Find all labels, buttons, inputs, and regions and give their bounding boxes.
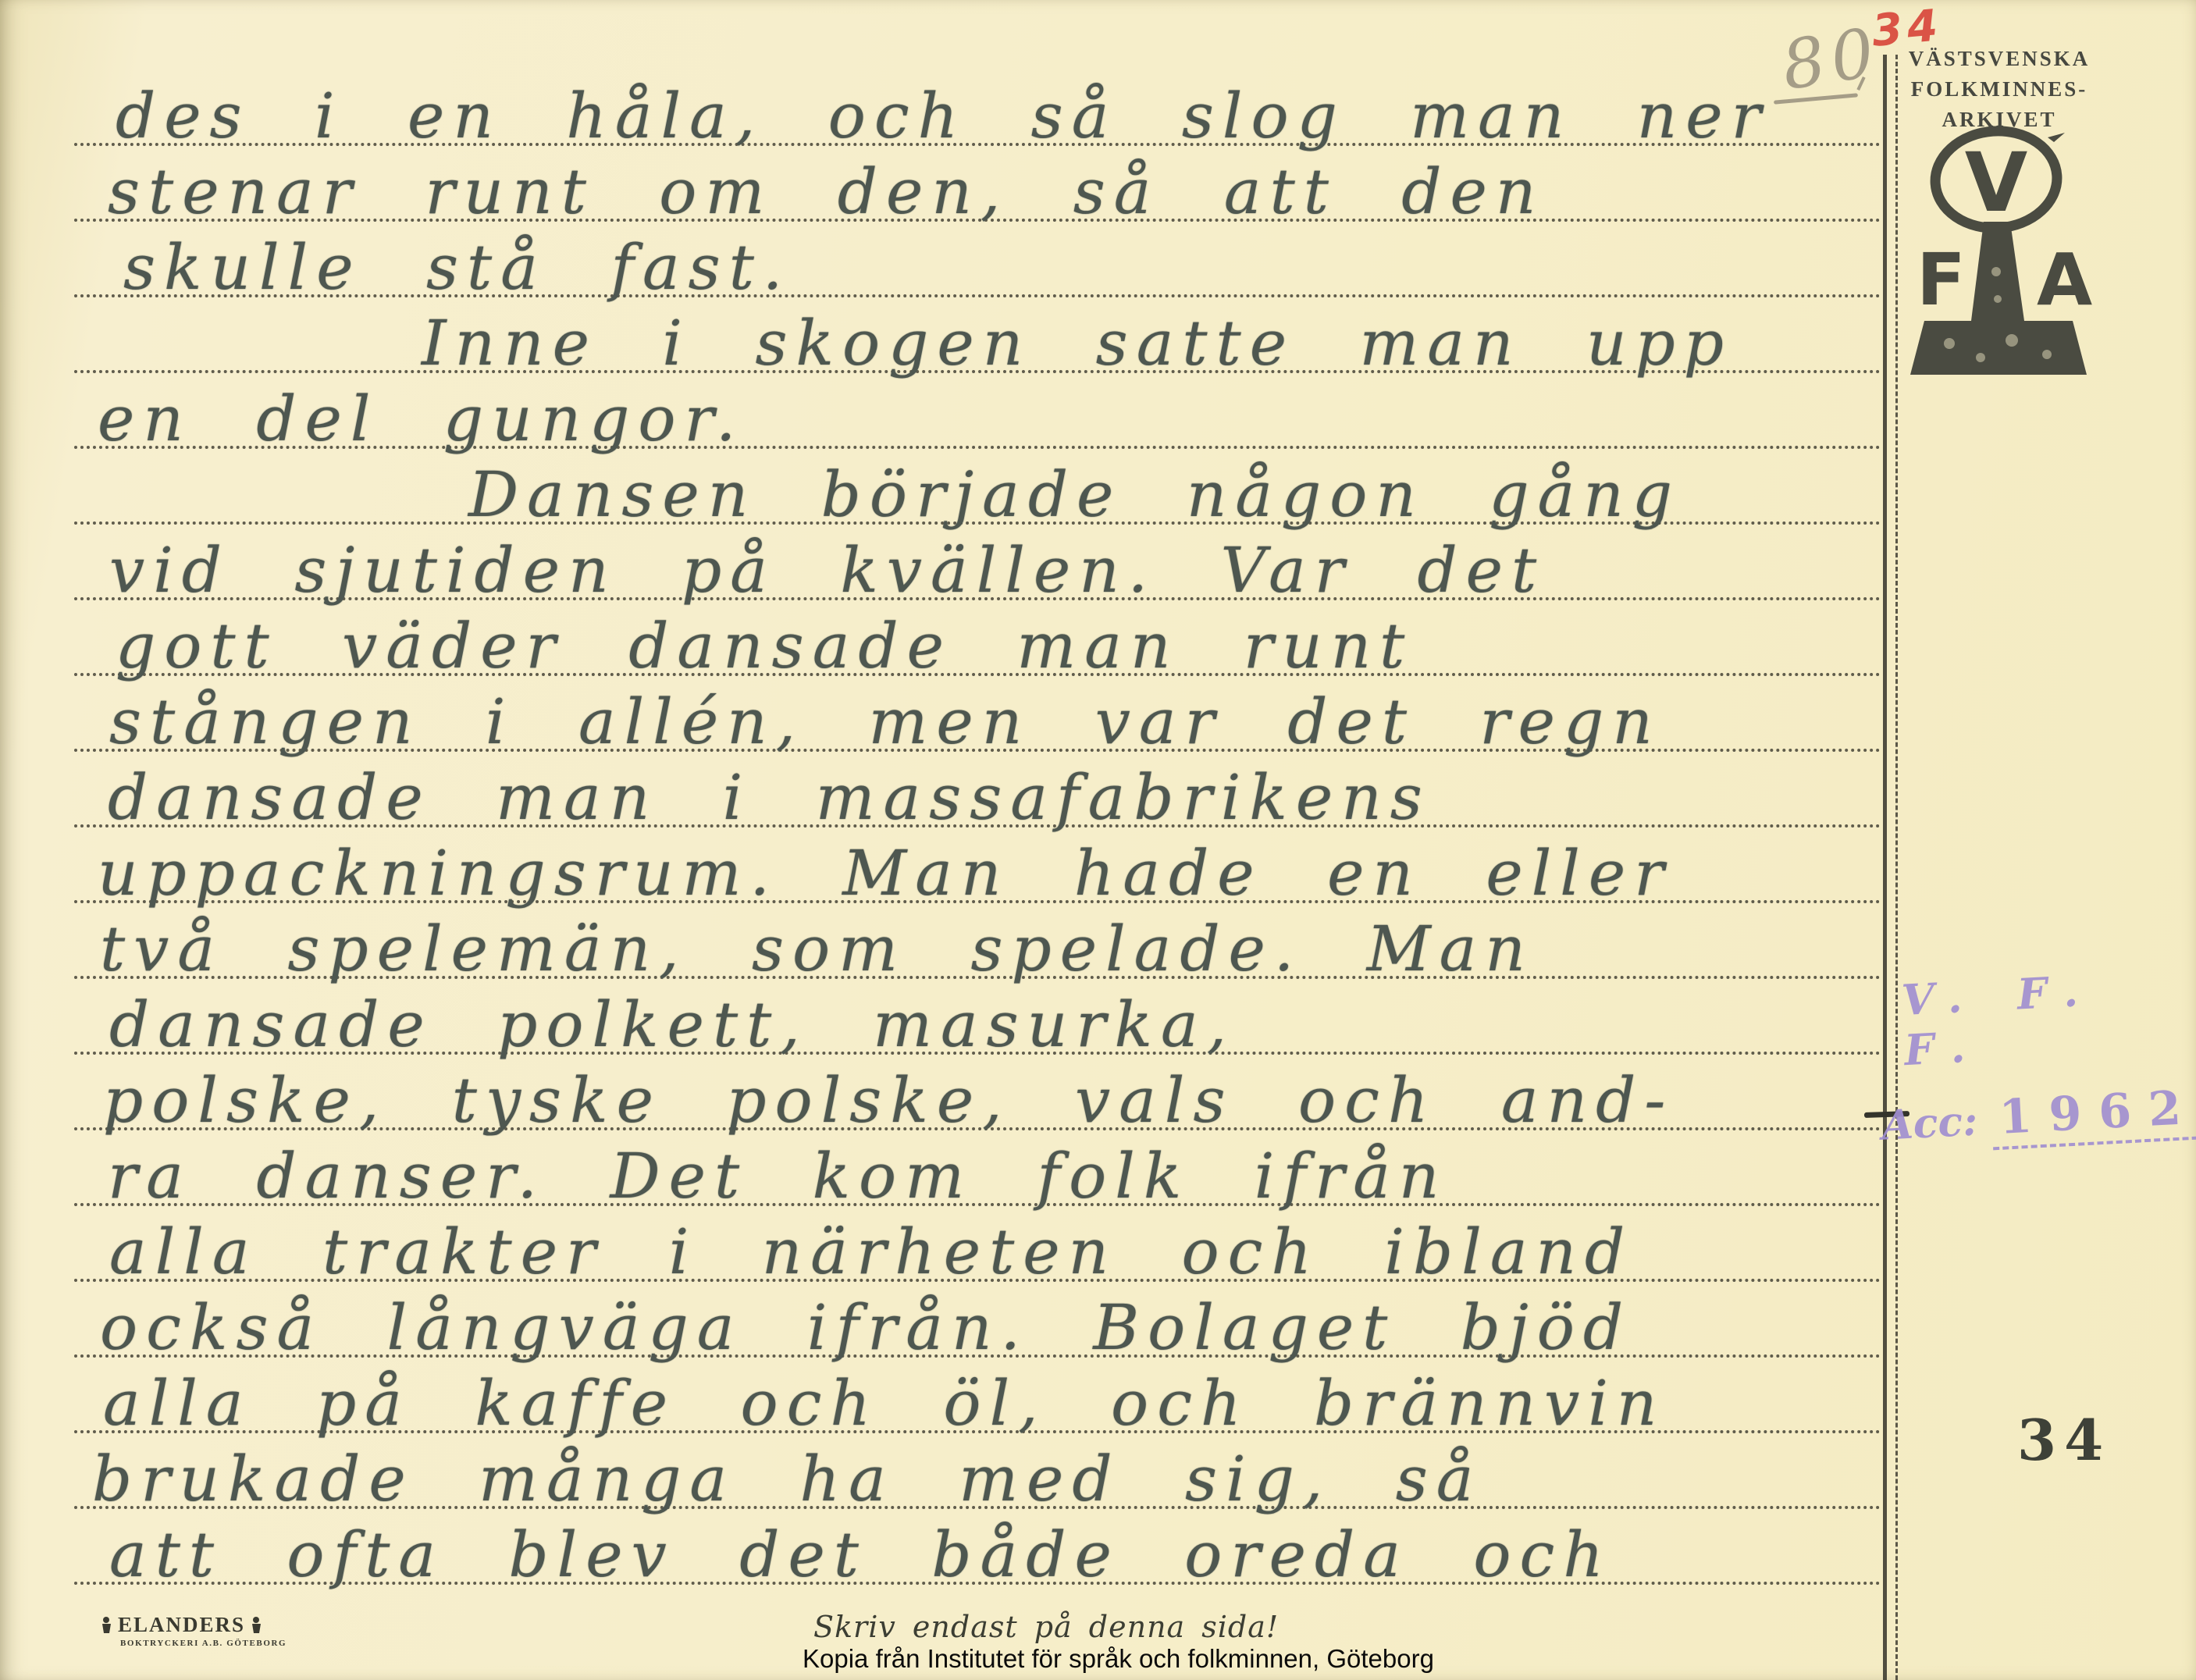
manuscript-line: en del gungor. xyxy=(98,376,744,463)
manuscript-line: Inne i skogen satte man upp xyxy=(422,300,1732,387)
stamp-acc-label: Acc: xyxy=(1881,1097,1979,1149)
manuscript-line: stenar runt om den, så att den xyxy=(108,148,1544,236)
manuscript-line: dansade man i massafabrikens xyxy=(108,754,1431,842)
manuscript-line: två spelemän, som spelade. Man xyxy=(100,906,1534,993)
manuscript-line: brukade många ha med sig, så xyxy=(92,1436,1482,1523)
manuscript-line: alla på kaffe och öl, och brännvin xyxy=(103,1360,1665,1447)
manuscript-line: alla trakter i närheten och ibland xyxy=(109,1208,1633,1296)
manuscript-line: des i en håla, och så slog man ner xyxy=(116,73,1770,160)
manuscript-line: stången i allén, men var det regn xyxy=(109,678,1661,766)
printer-imprint: ELANDERS BOKTRYCKERI A.B. GÖTEBORG xyxy=(100,1613,287,1648)
printer-ornament-icon xyxy=(100,1616,113,1635)
logo-letter-v: V xyxy=(1965,135,2028,230)
scanned-page: des i en håla, och så slog man ner stena… xyxy=(0,0,2196,1680)
margin-line-dashed xyxy=(1895,55,1898,1680)
printer-name: ELANDERS xyxy=(118,1613,245,1637)
letterhead: VÄSTSVENSKA FOLKMINNES- ARKIVET xyxy=(1902,44,2097,135)
manuscript-line: polske, tyske polske, vals och and- xyxy=(103,1057,1674,1144)
margin-line xyxy=(1883,55,1887,1680)
manuscript-line: ra danser. Det kom folk ifrån xyxy=(108,1133,1447,1220)
vfa-thors-hammer-logo: V F A xyxy=(1902,123,2098,385)
printer-ornament-icon xyxy=(250,1616,263,1635)
manuscript-line: uppackningsrum. Man hade en eller xyxy=(98,830,1672,917)
letterhead-line: VÄSTSVENSKA xyxy=(1902,44,2097,74)
pencil-page-number: 80 xyxy=(1777,13,1886,105)
manuscript-line: Dansen började någon gång xyxy=(468,451,1681,539)
letterhead-line: FOLKMINNES- xyxy=(1902,74,2097,105)
printer-subtitle: BOKTRYCKERI A.B. GÖTEBORG xyxy=(120,1639,287,1648)
stamp-accession: Acc:1962 xyxy=(1880,1080,2196,1151)
print-instruction: Skriv endast på denna sida! xyxy=(813,1610,1279,1644)
archive-copy-caption: Kopia från Institutet för språk och folk… xyxy=(803,1644,1434,1674)
stamp-initials: V. F. F. xyxy=(1900,959,2196,1075)
logo-letter-f: F xyxy=(1917,238,1966,322)
stamp-acc-year: 1962 xyxy=(1990,1080,2196,1150)
printed-page-number: 34 xyxy=(2017,1407,2111,1473)
archive-stamp: V. F. F. Acc:1962 xyxy=(1874,959,2196,1151)
manuscript-line: skulle stå fast. xyxy=(123,224,791,311)
manuscript-line: gott väder dansade man runt xyxy=(116,603,1413,690)
manuscript-line: dansade polkett, masurka, xyxy=(109,981,1235,1069)
manuscript-line: också långväga ifrån. Bolaget bjöd xyxy=(100,1284,1632,1372)
logo-letter-a: A xyxy=(2037,238,2092,322)
manuscript-line: att ofta blev det både oreda och xyxy=(109,1511,1612,1599)
manuscript-line: vid sjutiden på kvällen. Var det xyxy=(109,527,1545,614)
